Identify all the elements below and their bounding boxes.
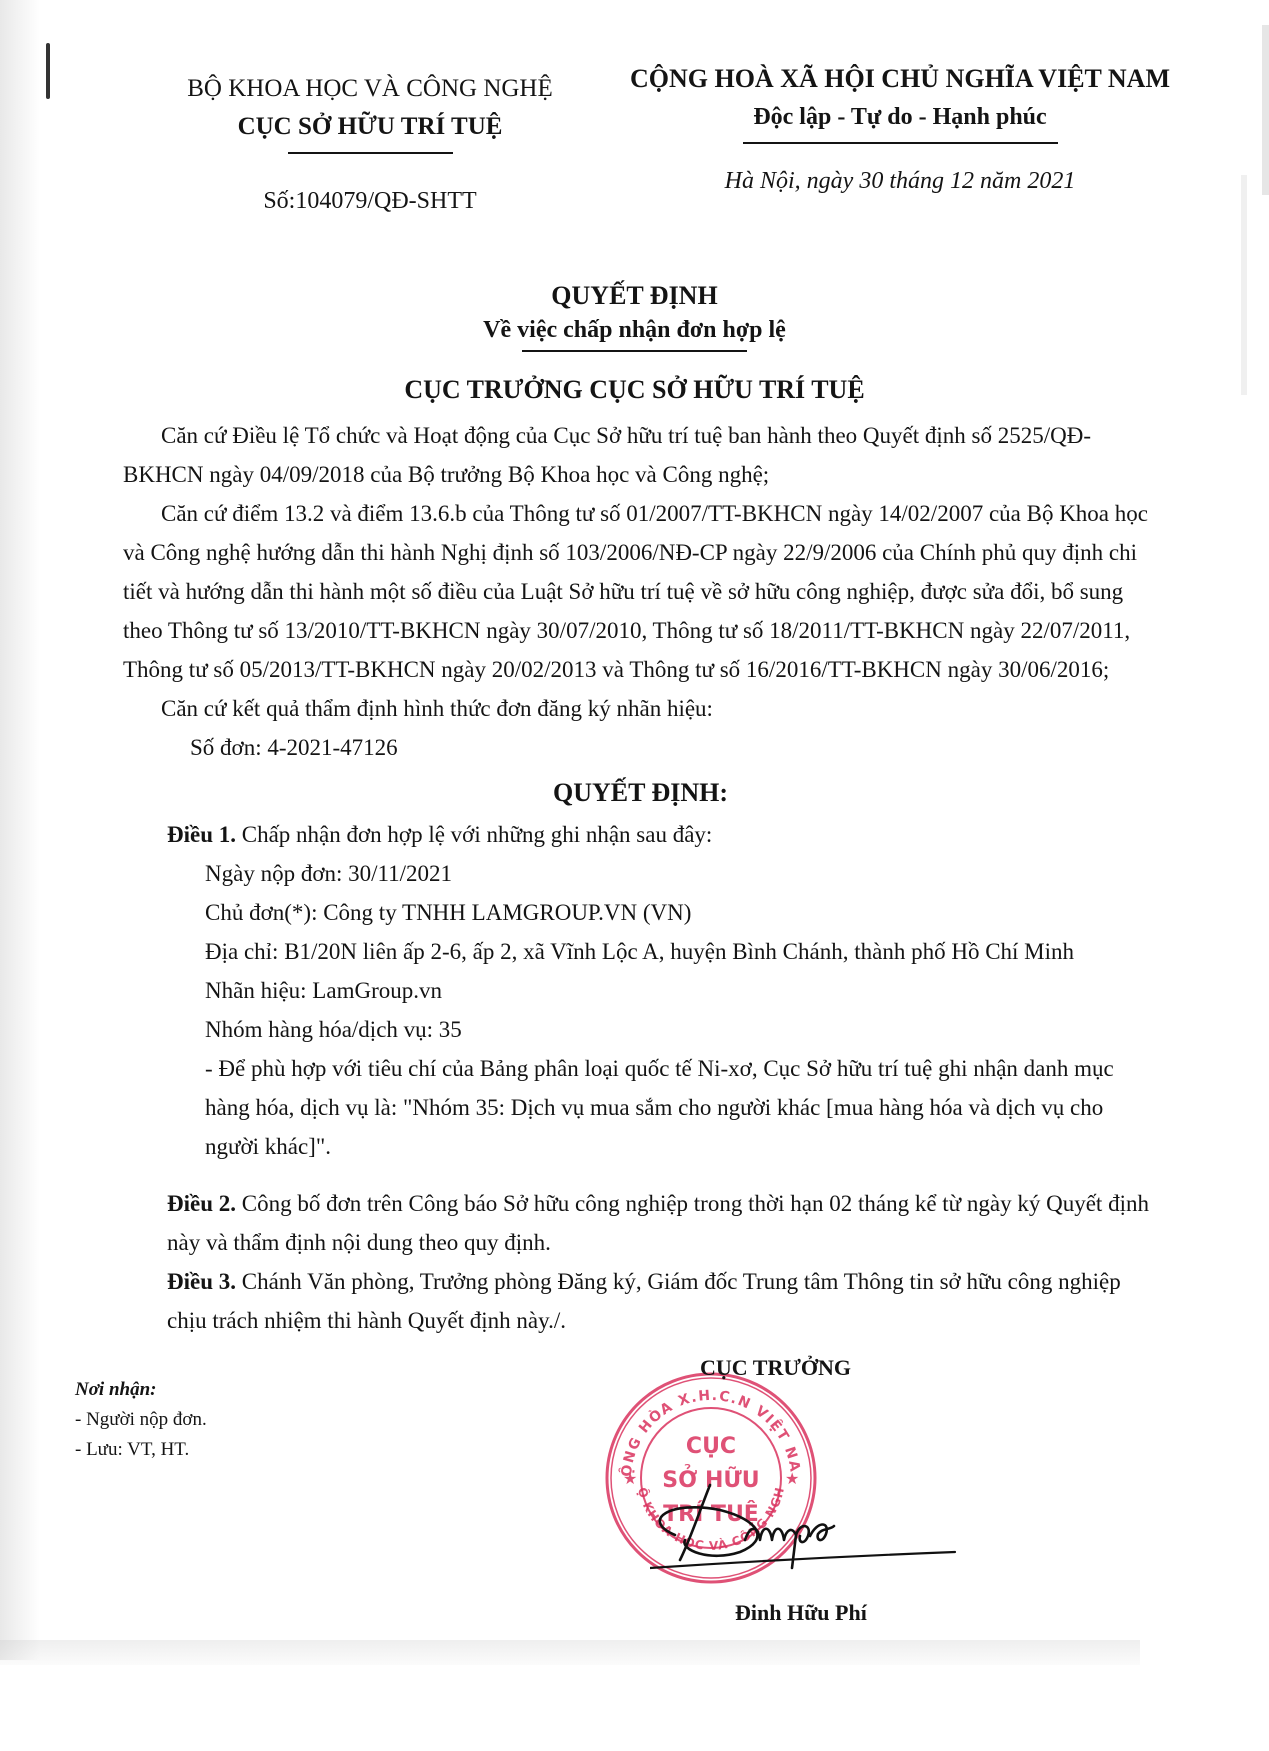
nation-name: CỘNG HOÀ XÃ HỘI CHỦ NGHĨA VIỆT NAM: [620, 60, 1180, 98]
recipients-block: Nơi nhận: - Người nộp đơn. - Lưu: VT, HT…: [75, 1375, 207, 1465]
article-text: Chấp nhận đơn hợp lệ với những ghi nhận …: [242, 822, 713, 847]
agency-name: CỤC SỞ HỮU TRÍ TUỆ: [110, 108, 630, 146]
filing-date: Ngày nộp đơn: 30/11/2021: [123, 854, 1158, 893]
preamble-paragraph: Căn cứ Điều lệ Tổ chức và Hoạt động của …: [123, 416, 1158, 494]
svg-text:CỘNG HÒA X.H.C.N VIỆT NAM: CỘNG HÒA X.H.C.N VIỆT NAM: [601, 1368, 803, 1478]
motto: Độc lập - Tự do - Hạnh phúc: [620, 98, 1180, 136]
divider: [743, 142, 1058, 144]
article-2: Điều 2. Công bố đơn trên Công báo Sở hữu…: [123, 1184, 1158, 1262]
svg-text:★: ★: [623, 1469, 637, 1488]
trademark: Nhãn hiệu: LamGroup.vn: [123, 971, 1158, 1010]
applicant-address: Địa chỉ: B1/20N liên ấp 2-6, ấp 2, xã Vĩ…: [123, 932, 1158, 971]
document-number: Số:104079/QĐ-SHTT: [110, 188, 630, 215]
place-date: Hà Nội, ngày 30 tháng 12 năm 2021: [620, 168, 1180, 195]
article-text: Chánh Văn phòng, Trưởng phòng Đăng ký, G…: [167, 1269, 1121, 1333]
scan-shadow: [0, 0, 40, 1660]
article-3: Điều 3. Chánh Văn phòng, Trưởng phòng Đă…: [123, 1262, 1158, 1340]
preamble-paragraph: Căn cứ điểm 13.2 và điểm 13.6.b của Thôn…: [123, 494, 1158, 689]
svg-text:CỤC: CỤC: [686, 1434, 736, 1459]
ministry-name: BỘ KHOA HỌC VÀ CÔNG NGHỆ: [110, 70, 630, 108]
classification-note: - Để phù hợp với tiêu chí của Bảng phân …: [123, 1049, 1158, 1166]
decision-heading: QUYẾT ĐỊNH:: [123, 773, 1158, 813]
issuing-authority: CỤC TRƯỞNG CỤC SỞ HỮU TRÍ TUỆ: [0, 372, 1269, 408]
staple-mark: [46, 43, 50, 99]
decision-title-block: QUYẾT ĐỊNH Về việc chấp nhận đơn hợp lệ …: [0, 278, 1269, 408]
article-text: Công bố đơn trên Công báo Sở hữu công ng…: [167, 1191, 1149, 1255]
divider: [288, 152, 453, 154]
document-body: Căn cứ Điều lệ Tổ chức và Hoạt động của …: [123, 416, 1158, 1340]
recipient-item: - Lưu: VT, HT.: [75, 1435, 207, 1465]
recipients-label: Nơi nhận:: [75, 1375, 207, 1405]
national-header-block: CỘNG HOÀ XÃ HỘI CHỦ NGHĨA VIỆT NAM Độc l…: [620, 60, 1180, 195]
handwritten-signature-icon: [650, 1480, 960, 1570]
article-label: Điều 2.: [167, 1191, 236, 1216]
article-label: Điều 3.: [167, 1269, 236, 1294]
article-label: Điều 1.: [167, 822, 236, 847]
applicant: Chủ đơn(*): Công ty TNHH LAMGROUP.VN (VN…: [123, 893, 1158, 932]
signatory-name: Đinh Hữu Phí: [735, 1600, 867, 1626]
recipient-item: - Người nộp đơn.: [75, 1405, 207, 1435]
issuing-agency-block: BỘ KHOA HỌC VÀ CÔNG NGHỆ CỤC SỞ HỮU TRÍ …: [110, 70, 630, 215]
application-number: Số đơn: 4-2021-47126: [123, 728, 1158, 767]
document-subject: Về việc chấp nhận đơn hợp lệ: [0, 314, 1269, 346]
scan-shadow-bottom: [0, 1640, 1140, 1665]
document-title: QUYẾT ĐỊNH: [0, 278, 1269, 314]
goods-services-class: Nhóm hàng hóa/dịch vụ: 35: [123, 1010, 1158, 1049]
preamble-paragraph: Căn cứ kết quả thẩm định hình thức đơn đ…: [123, 689, 1158, 728]
scan-edge: [1262, 25, 1269, 195]
article-1: Điều 1. Chấp nhận đơn hợp lệ với những g…: [123, 815, 1158, 854]
divider: [522, 350, 747, 352]
signatory-title: CỤC TRƯỞNG: [700, 1355, 851, 1381]
